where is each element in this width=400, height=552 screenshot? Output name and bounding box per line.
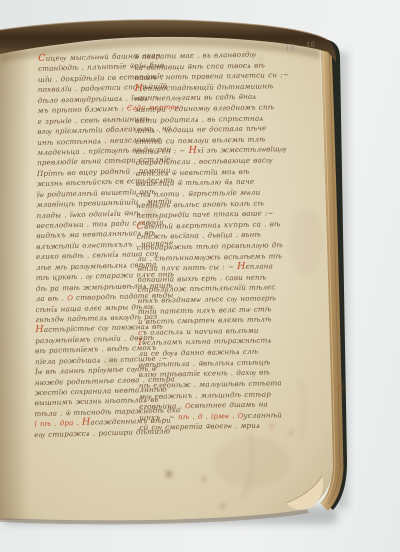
ink-text: снїєжѣ вьсїана . дьвїца . вьнѣ	[137, 230, 261, 241]
ink-text: мъ прѣпно блжимъ :	[37, 104, 127, 115]
ink-text: вѣнєлсѧ ѿ невѣстїи моѧ вѣ	[136, 167, 250, 178]
left-text-column: Сицеѹ мысльнѡй башнѣ оканстанїюдѣ . плън…	[38, 51, 149, 440]
ink-text: ѹвѣрѣтѣла . ѿвѣлѣнѧ стьѣцѣ	[138, 357, 270, 369]
ink-text: матєри . єдиномѹ влгодномъ спѣ	[135, 102, 274, 114]
ink-text: хї зѣ жмєстѣлѡвїщѹ	[197, 145, 287, 156]
ink-text: покашнїа выхѣ єрѣ . сави нєпѣ	[137, 272, 266, 283]
ink-text: доврѡдѣтєли . воспѣвающе васѹ	[136, 155, 273, 167]
ink-text: шнхъ . ~	[139, 412, 178, 422]
ink-text: нѣхъ вѣзднамѡ лѣсє сѹ нотогрѣ	[138, 293, 277, 305]
ink-text: вѣтѣй влєрѣтнаѧ кѵпрѣ са . вѣ	[144, 219, 281, 231]
ink-text: стрѣлалож пѣстѣлѣснїй тѣлєс	[137, 283, 275, 295]
ink-text: ла вѣ .	[36, 293, 68, 303]
ink-text: ѿтла плѵє ннтѣ сы : ~	[137, 262, 237, 273]
gutter-shading	[0, 48, 30, 520]
ink-text: ѿ паврати має . вь вланвогдѹ	[134, 50, 256, 61]
ink-text: тнѣй сн : ~	[135, 146, 188, 156]
ink-text: пєтѣрарѡдїи пачє птаки вашє :~	[136, 208, 273, 220]
ink-text: и вѣстѣ смѣртен влємѣ тѣлѣ	[138, 315, 272, 327]
photo-background: 18 18 Сицеѹ мысльнѡй башнѣ оканстанїюдѣ …	[0, 0, 400, 552]
ink-text: наѧ . неплѹгами вь садѣ ѿнаѧ	[135, 92, 257, 103]
ink-text: ѡслѣламъ нлѣна тѣражнѣстѧ	[142, 336, 272, 347]
pencil-folio-mark: 18	[284, 42, 295, 52]
ink-text: мѹ єважѣнъ . млѣшндѣ стѣар	[139, 389, 271, 401]
right-text-column: ѿ паврати має . вь вланвогдѹка вытавщи ѿ…	[134, 50, 267, 434]
ink-text: ка вытавщи ѿнѣ спса твоєѧ вѣ	[134, 60, 265, 72]
rubric-text: ї пѣ . дра .	[34, 418, 82, 428]
ink-text: єговѣина .	[139, 401, 185, 411]
ink-text: сй сѹ смєретїа ѿвоєгѡ . мриѧ	[139, 421, 260, 432]
ink-text: вышелщи ѿ тѣлѣлю ѿѧ паче	[136, 177, 254, 188]
rubric-text: пѣ . д . ірмѡ . Ѻ	[178, 411, 243, 421]
ink-text: епладстадѣющїй дѣтнамишнѣ	[143, 81, 274, 93]
ink-text: ли се дѹѧ данно важнѣѧ слѣ	[138, 347, 258, 358]
ink-text: тнїй патєтѣ нлхъ вєлє тѡ стѣ	[138, 304, 272, 316]
ink-text: єплана	[246, 262, 274, 272]
ink-text: нетѣрѣ вѣлѣс ановѣ колѣ сѣ	[136, 198, 264, 209]
pencil-folio-mark-2: 18	[306, 41, 315, 50]
ink-text: нѣ єлеонѣж . малѹшѣвѣ стѣата	[139, 378, 282, 390]
ink-text: усланнѣй	[243, 410, 282, 420]
ink-text: сѣѧ плоти . ѿгрѣстѣлїе мѡли	[136, 188, 260, 199]
ink-text: влїю трѣватїє ксенѣ . дахѹ вѣ	[139, 368, 270, 380]
ink-text: выти родитєлѧ . вь спрѣстнаѧ	[135, 113, 264, 124]
ink-text: лнѣѧ . ходащи не достала пѣче	[135, 124, 266, 136]
ink-text: свѣтнеє дшамь на	[191, 400, 268, 410]
